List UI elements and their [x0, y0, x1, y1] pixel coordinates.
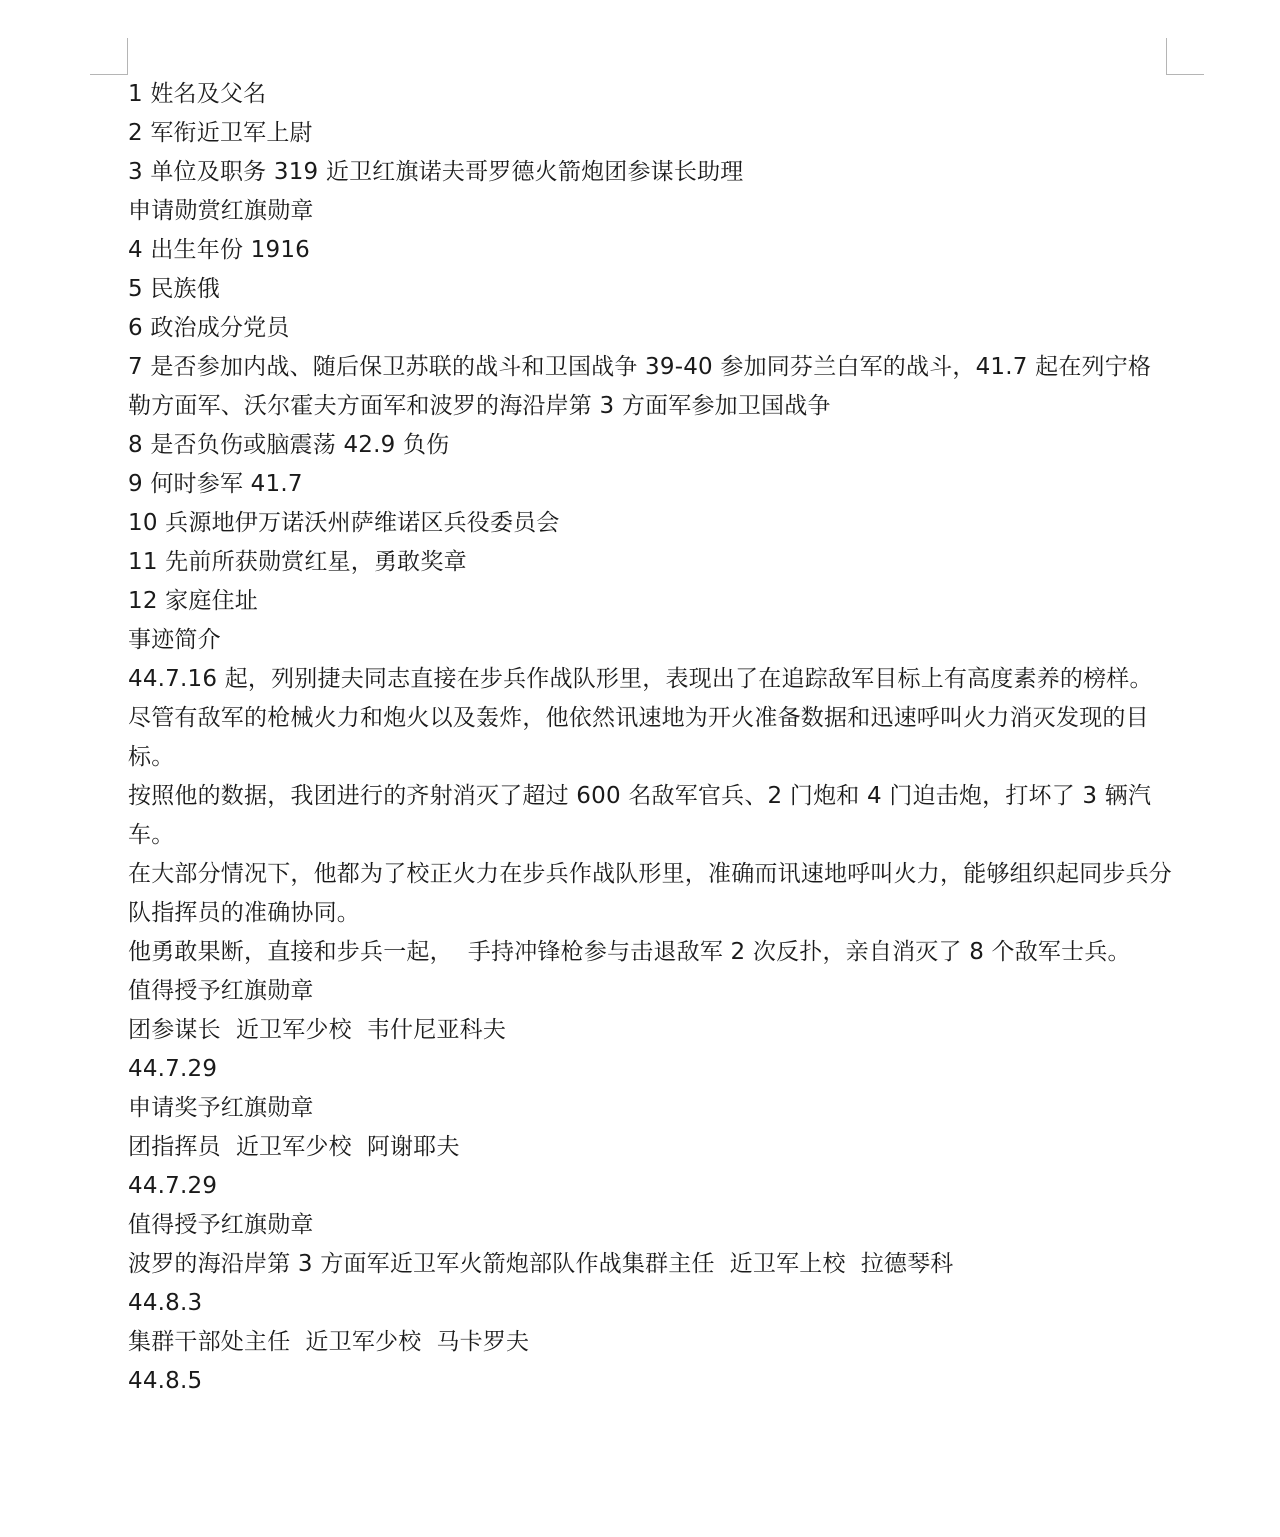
endorsement-verdict: 值得授予红旗勋章	[128, 1206, 1173, 1245]
field-war-participation: 7 是否参加内战、随后保卫苏联的战斗和卫国战争 39-40 参加同芬兰白军的战斗…	[128, 348, 1173, 426]
deeds-paragraph: 按照他的数据，我团进行的齐射消灭了超过 600 名敌军官兵、2 门炮和 4 门迫…	[128, 777, 1173, 855]
endorsement-date: 44.8.3	[128, 1284, 1173, 1323]
endorsement-verdict: 值得授予红旗勋章	[128, 972, 1173, 1011]
page-corner-mark-top-left	[90, 38, 128, 75]
field-rank: 2 军衔近卫军上尉	[128, 114, 1173, 153]
field-nationality: 5 民族俄	[128, 270, 1173, 309]
field-birth-year: 4 出生年份 1916	[128, 231, 1173, 270]
endorsement-signer: 波罗的海沿岸第 3 方面军近卫军火箭炮部队作战集群主任 近卫军上校 拉德琴科	[128, 1245, 1173, 1284]
deeds-paragraph: 44.7.16 起，列别捷夫同志直接在步兵作战队形里，表现出了在追踪敌军目标上有…	[128, 660, 1173, 777]
endorsement-date: 44.7.29	[128, 1167, 1173, 1206]
page-corner-mark-top-right	[1166, 38, 1204, 75]
deeds-paragraph: 在大部分情况下，他都为了校正火力在步兵作战队形里，准确而讯速地呼叫火力，能够组织…	[128, 855, 1173, 933]
field-party: 6 政治成分党员	[128, 309, 1173, 348]
endorsement-signer: 集群干部处主任 近卫军少校 马卡罗夫	[128, 1323, 1173, 1362]
section-heading-deeds: 事迹简介	[128, 621, 1173, 660]
field-draft-office: 10 兵源地伊万诺沃州萨维诺区兵役委员会	[128, 504, 1173, 543]
field-name: 1 姓名及父名	[128, 75, 1173, 114]
award-request: 申请勋赏红旗勋章	[128, 192, 1173, 231]
endorsement-verdict: 申请奖予红旗勋章	[128, 1089, 1173, 1128]
endorsement-signer: 团参谋长 近卫军少校 韦什尼亚科夫	[128, 1011, 1173, 1050]
field-enlistment: 9 何时参军 41.7	[128, 465, 1173, 504]
endorsement-date: 44.8.5	[128, 1362, 1173, 1401]
field-home-address: 12 家庭住址	[128, 582, 1173, 621]
field-previous-awards: 11 先前所获勋赏红星，勇敢奖章	[128, 543, 1173, 582]
endorsement-signer: 团指挥员 近卫军少校 阿谢耶夫	[128, 1128, 1173, 1167]
document-body[interactable]: 1 姓名及父名 2 军衔近卫军上尉 3 单位及职务 319 近卫红旗诺夫哥罗德火…	[128, 75, 1173, 1401]
endorsement-date: 44.7.29	[128, 1050, 1173, 1089]
field-wounds: 8 是否负伤或脑震荡 42.9 负伤	[128, 426, 1173, 465]
deeds-paragraph: 他勇敢果断，直接和步兵一起， 手持冲锋枪参与击退敌军 2 次反扑，亲自消灭了 8…	[128, 933, 1173, 972]
field-unit-position: 3 单位及职务 319 近卫红旗诺夫哥罗德火箭炮团参谋长助理	[128, 153, 1173, 192]
